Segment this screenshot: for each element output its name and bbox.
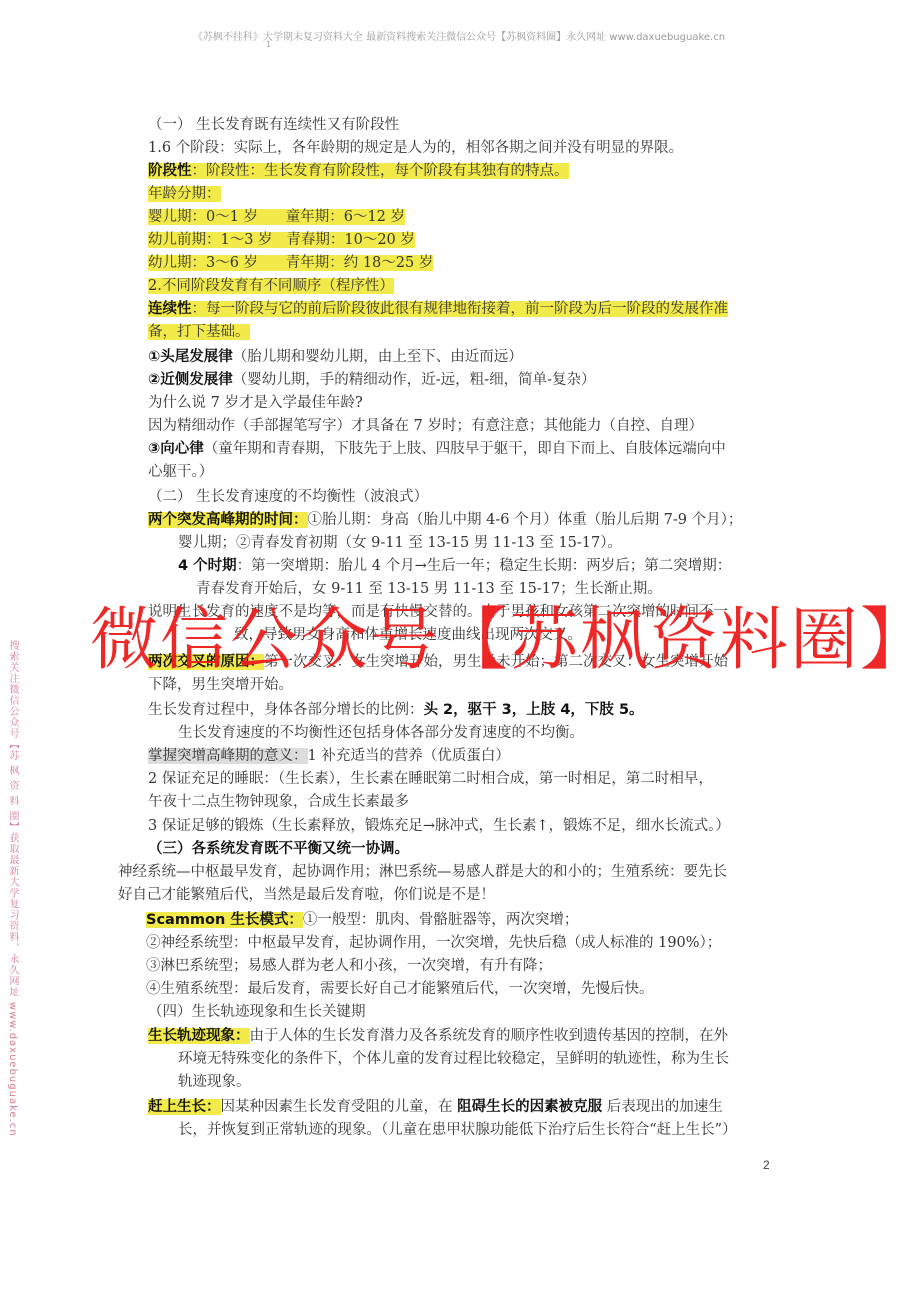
watermark-overlay: 微信公众号【苏枫资料圈】 <box>90 596 918 686</box>
paragraph: 年龄分期： <box>148 183 221 205</box>
header-text: 《苏枫不挂科》大学期末复习资料大全 最新资料搜索关注微信公众号【苏枫资料圈】永久… <box>193 32 725 43</box>
paragraph: 为什么说 7 岁才是入学最佳年龄? <box>148 392 363 414</box>
paragraph: ①头尾发展律（胎儿期和婴幼儿期，由上至下、由近而远） <box>148 346 523 368</box>
paragraph: 生长轨迹现象：由于人体的生长发育潜力及各系统发育的顺序性收到遗传基因的控制，在外 <box>148 1025 728 1047</box>
paragraph: 连续性：每一阶段与它的前后阶段彼此很有规律地衔接着，前一阶段为后一阶段的发展作准 <box>148 298 728 320</box>
page-header: 《苏枫不挂科》大学期末复习资料大全 最新资料搜索关注微信公众号【苏枫资料圈】永久… <box>0 28 918 43</box>
side-watermark: 搜索关注微信公众号【苏 枫 资 料 圈】获取最新大学复习资料，永久网址 www.… <box>2 640 20 1137</box>
section-title: （四）生长轨迹现象和生长关键期 <box>148 1001 366 1023</box>
header-mark: 1 <box>266 40 271 49</box>
paragraph: 4 个时期：第一突增期：胎儿 4 个月→生后一年；稳定生长期：两岁后；第二突增期… <box>178 555 731 577</box>
paragraph: 生长发育过程中，身体各部分增长的比例：头 2，驱干 3，上肢 4，下肢 5。 <box>148 699 644 721</box>
paragraph: 午夜十二点生物钟现象，合成生长素最多 <box>148 791 409 813</box>
paragraph: 轨迹现象。 <box>178 1071 251 1093</box>
paragraph: 神经系统—中枢最早发育，起协调作用；淋巴系统—易感人群是大的和小的；生殖系统：要… <box>118 861 727 883</box>
list-item: ③淋巴系统型；易感人群为老人和小孩，一次突增，有升有降； <box>146 955 552 977</box>
paragraph: 备，打下基础。 <box>148 321 250 343</box>
age-row: 婴儿期：0～1 岁 童年期：6～12 岁 <box>148 206 405 228</box>
paragraph: 2.不同阶段发育有不同顺序（程序性） <box>148 275 394 297</box>
paragraph: 3 保证足够的锻炼（生长素释放，锻炼充足→脉冲式，生长素↑，锻炼不足，细水长流式… <box>148 815 730 837</box>
paragraph: ②近侧发展律（婴幼儿期，手的精细动作，近-远，粗-细，简单-复杂） <box>148 369 595 391</box>
section-title: （三）各系统发育既不平衡又统一协调。 <box>148 838 409 860</box>
paragraph: Scammon 生长模式：①一般型：肌肉、骨骼脏器等，两次突增； <box>146 909 578 931</box>
paragraph: 1.6 个阶段：实际上，各年龄期的规定是人为的，相邻各期之间并没有明显的界限。 <box>148 137 683 159</box>
paragraph: ③向心律（童年期和青春期，下肢先于上肢、四肢早于躯干，即自下而上、自肢体远端向中 <box>148 438 726 460</box>
age-row: 幼儿前期：1～3 岁 青春期：10～20 岁 <box>148 229 415 251</box>
paragraph: 掌握突增高峰期的意义：1 补充适当的营养（优质蛋白） <box>148 745 510 767</box>
age-row: 幼儿期：3～6 岁 青年期：约 18～25 岁 <box>148 252 433 274</box>
page-number: 2 <box>763 1158 770 1172</box>
term-label: 连续性 <box>148 301 192 317</box>
paragraph: 阶段性：阶段性：生长发育有阶段性，每个阶段有其独有的特点。 <box>148 160 569 182</box>
paragraph: 婴儿期；②青春发育初期（女 9-11 至 13-15 男 11-13 至 15-… <box>178 532 622 554</box>
section-title: （二） 生长发育速度的不均衡性（波浪式） <box>148 486 428 508</box>
list-item: ④生殖系统型：最后发育，需要长好自己才能繁殖后代，一次突增，先慢后快。 <box>146 978 654 1000</box>
paragraph: 两个突发高峰期的时间：①胎儿期：身高（胎儿中期 4-6 个月）体重（胎儿后期 7… <box>148 509 742 531</box>
paragraph: 环境无特殊变化的条件下，个体儿童的发育过程比较稳定，呈鲜明的轨迹性，称为生长 <box>178 1048 729 1070</box>
list-item: ②神经系统型：中枢最早发育，起协调作用，一次突增，先快后稳（成人标准的 190%… <box>146 932 721 954</box>
section-title: （一） 生长发育既有连续性又有阶段性 <box>148 114 399 136</box>
paragraph: 心躯干。） <box>148 461 213 483</box>
paragraph: 因为精细动作（手部握笔写字）才具备在 7 岁时；有意注意；其他能力（自控、自理） <box>148 415 703 437</box>
term-label: 阶段性 <box>148 163 192 179</box>
paragraph: 赶上生长：因某种因素生长发育受阻的儿童，在 阻碍生长的因素被克服 后表现出的加速… <box>148 1096 723 1118</box>
paragraph: 长，并恢复到正常轨迹的现象。（儿童在患甲状腺功能低下治疗后生长符合“赶上生长”） <box>178 1119 737 1141</box>
paragraph: 好自己才能繁殖后代，当然是最后发育啦，你们说是不是！ <box>118 884 495 906</box>
paragraph: 生长发育速度的不均衡性还包括身体各部分发育速度的不均衡。 <box>178 722 584 744</box>
paragraph: 2 保证充足的睡眠：（生长素），生长素在睡眠第二时相合成，第一时相足，第二时相早… <box>148 768 713 790</box>
